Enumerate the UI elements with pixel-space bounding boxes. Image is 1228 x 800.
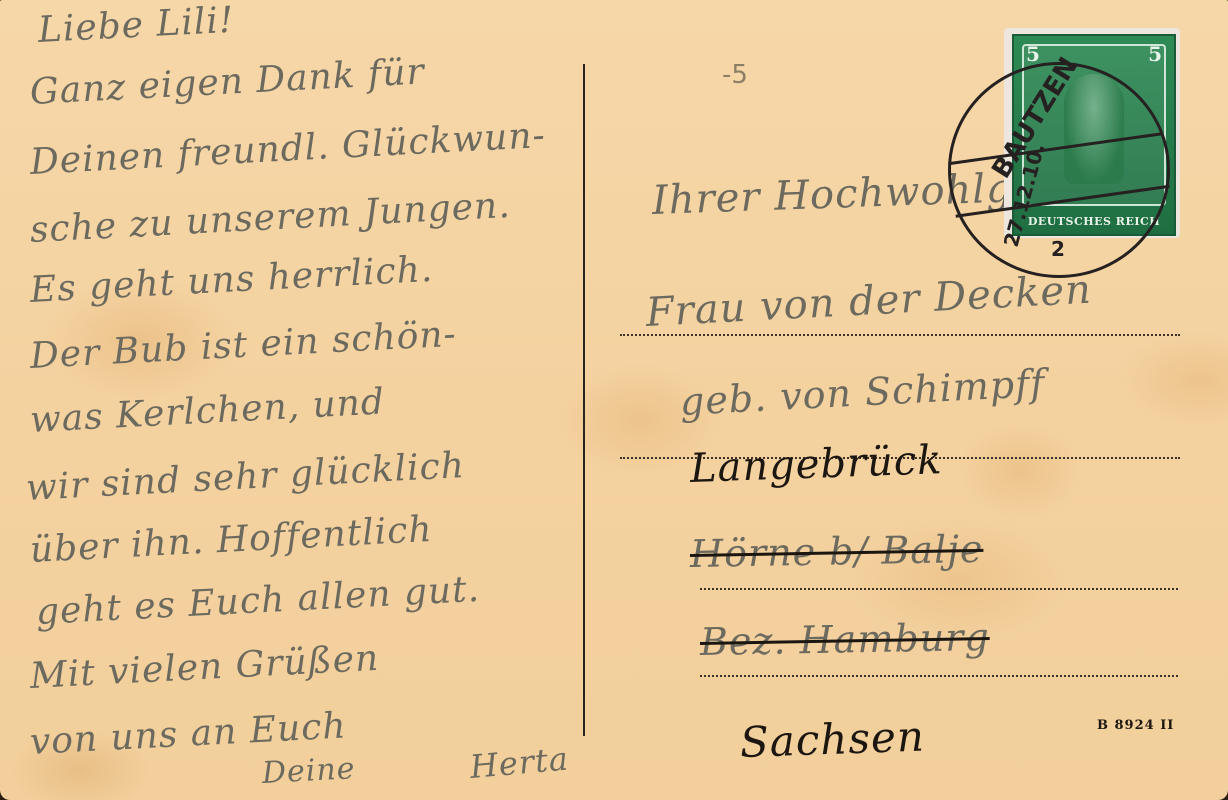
postmark-number: 2	[1051, 237, 1065, 261]
message-line: Ganz eigen Dank für	[29, 51, 426, 113]
address-line-struck: Hörne b/ Balje	[690, 527, 984, 576]
postmark: BAUTZEN 27.12.10. 2	[948, 62, 1170, 278]
message-line: Der Bub ist ein schön-	[29, 314, 458, 377]
message-line: sche zu unserem Jungen.	[29, 185, 512, 251]
postcard-back: Liebe Lili! Ganz eigen Dank für Deinen f…	[0, 0, 1228, 800]
stamp-value-left: 5	[1026, 42, 1040, 66]
address-guide-line	[700, 675, 1178, 677]
message-line: wir sind sehr glücklich	[25, 445, 466, 509]
address-guide-line	[620, 334, 1180, 336]
message-line: Deinen freundl. Glückwun-	[29, 115, 547, 183]
message-line: über ihn. Hoffentlich	[29, 509, 434, 571]
stamp-value-right: 5	[1148, 42, 1162, 66]
address-line: Frau von der Decken	[645, 267, 1093, 336]
address-line: Langebrück	[689, 437, 943, 492]
message-line: Mit vielen Grüßen	[29, 638, 380, 697]
message-line: was Kerlchen, und	[29, 381, 386, 441]
signature: Herta	[468, 739, 570, 785]
postmark-band	[948, 132, 1170, 218]
vertical-divider	[583, 64, 585, 736]
address-line-struck: Bez. Hamburg	[700, 615, 990, 664]
address-line: geb. von Schimpff	[679, 361, 1046, 424]
address-line: Sachsen	[739, 712, 925, 767]
print-code: B 8924 II	[1097, 718, 1174, 733]
pencil-note: -5	[722, 60, 748, 90]
message-line: Es geht uns herrlich.	[29, 249, 434, 311]
message-line: geht es Euch allen gut.	[35, 569, 481, 633]
message-closing: Deine	[261, 751, 356, 791]
message-line: Liebe Lili!	[37, 0, 235, 51]
address-guide-line	[700, 588, 1178, 590]
